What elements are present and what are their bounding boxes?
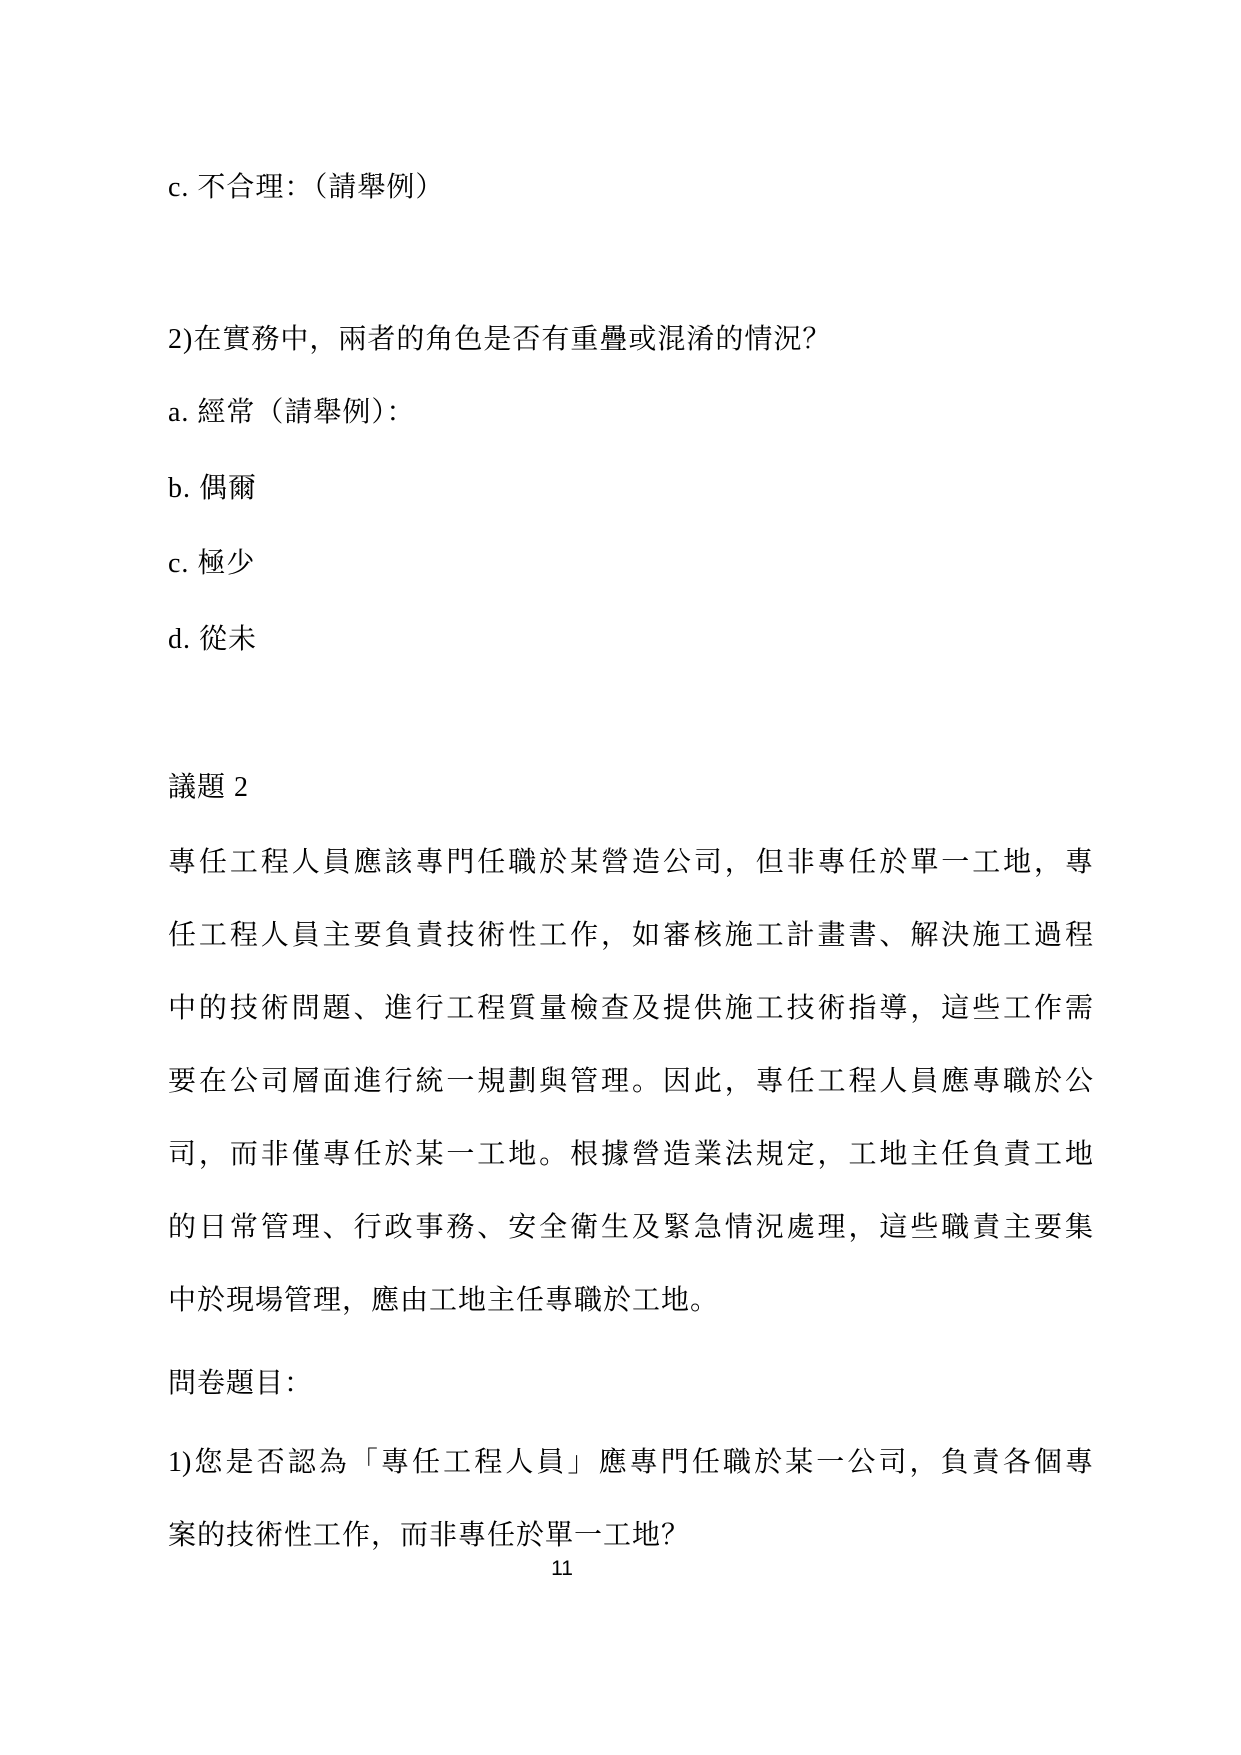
topic-2-paragraph-line: 任工程人員主要負責技術性工作，如審核施工計畫書、解決施工過程 (168, 899, 1093, 972)
question-2-option-b: b. 偶爾 (168, 452, 1093, 525)
topic-2-paragraph-line: 要在公司層面進行統一規劃與管理。因此，專任工程人員應專職於公 (168, 1045, 1093, 1118)
question-2-prompt: 2)在實務中，兩者的角色是否有重疊或混淆的情況？ (168, 303, 1093, 376)
survey-question-1-line: 1)您是否認為「專任工程人員」應專門任職於某一公司，負責各個專 (168, 1426, 1093, 1499)
page-content: c. 不合理：（請舉例） 2)在實務中，兩者的角色是否有重疊或混淆的情況？ a.… (168, 151, 1093, 1572)
page-number: 11 (0, 1556, 1124, 1582)
topic-2-paragraph-line: 中於現場管理，應由工地主任專職於工地。 (168, 1264, 1093, 1337)
topic-2-paragraph-line: 專任工程人員應該專門任職於某營造公司，但非專任於單一工地，專 (168, 826, 1093, 899)
topic-2-heading: 議題 2 (168, 751, 1093, 824)
question-2-option-c: c. 極少 (168, 527, 1093, 600)
topic-2-paragraph-line: 中的技術問題、進行工程質量檢查及提供施工技術指導，這些工作需 (168, 972, 1093, 1045)
topic-2-paragraph-line: 的日常管理、行政事務、安全衛生及緊急情況處理，這些職責主要集 (168, 1191, 1093, 1264)
question-2-option-d: d. 從未 (168, 603, 1093, 676)
topic-2-paragraph-line: 司，而非僅專任於某一工地。根據營造業法規定，工地主任負責工地 (168, 1118, 1093, 1191)
document-page: c. 不合理：（請舉例） 2)在實務中，兩者的角色是否有重疊或混淆的情況？ a.… (0, 0, 1241, 1755)
answer-option-c-line: c. 不合理：（請舉例） (168, 151, 1093, 224)
question-2-option-a: a. 經常（請舉例）： (168, 376, 1093, 449)
survey-section-label: 問卷題目： (168, 1347, 1093, 1420)
